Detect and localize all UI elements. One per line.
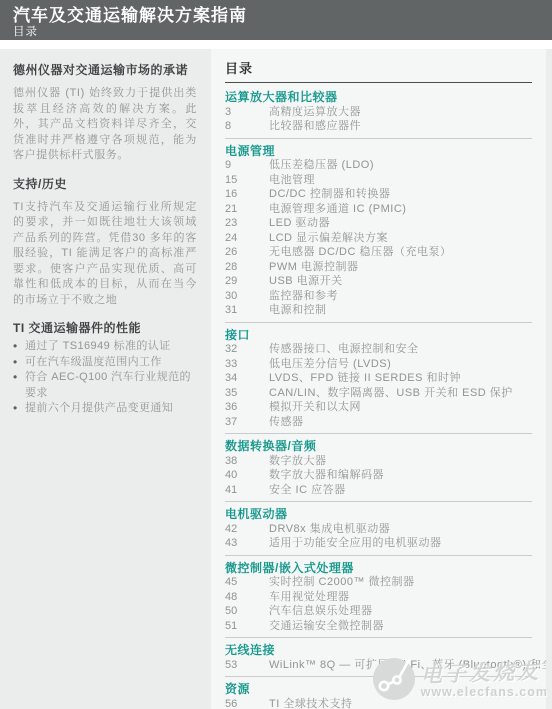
toc-row[interactable]: 56TI 全球技术支持 bbox=[225, 697, 532, 709]
commitment-heading: 德州仪器对交通运输市场的承诺 bbox=[13, 63, 197, 78]
toc-row[interactable]: 30监控器和参考 bbox=[225, 289, 532, 304]
toc-page-number: 3 bbox=[225, 105, 269, 120]
toc-row[interactable]: 50汽车信息娱乐处理器 bbox=[225, 604, 532, 619]
toc-section-title: 运算放大器和比较器 bbox=[225, 90, 532, 105]
toc-item-label: LVDS、FPD 链接 II SERDES 和时钟 bbox=[269, 371, 461, 386]
toc-page-number: 38 bbox=[225, 454, 269, 469]
feature-bullet-label: 提前六个月提供产品变更通知 bbox=[25, 401, 173, 417]
toc-page-number: 56 bbox=[225, 697, 269, 709]
toc-heading: 目录 bbox=[225, 58, 532, 83]
toc-item-label: 适用于功能安全应用的电机驱动器 bbox=[269, 536, 442, 551]
toc-item-label: 比较器和感应器件 bbox=[269, 119, 361, 134]
toc-item-label: 传感器 bbox=[269, 415, 304, 430]
toc-sections: 运算放大器和比较器3高精度运算放大器8比较器和感应器件电源管理9低压差稳压器 (… bbox=[225, 86, 532, 709]
toc-page-number: 9 bbox=[225, 158, 269, 173]
toc-item-label: 传感器接口、电源控制和安全 bbox=[269, 342, 419, 357]
toc-row[interactable]: 41安全 IC 应答器 bbox=[225, 483, 532, 498]
toc-item-label: 高精度运算放大器 bbox=[269, 105, 361, 120]
support-text: TI支持汽车及交通运输行业所规定的要求，并一如既往地壮大该领域产品系列的阵营。凭… bbox=[13, 200, 197, 309]
toc-page-number: 53 bbox=[225, 658, 269, 673]
toc-page-number: 42 bbox=[225, 522, 269, 537]
feature-bullet-label: 可在汽车级温度范围内工作 bbox=[25, 355, 162, 371]
toc-section: 接口32传感器接口、电源控制和安全33低电压差分信号 (LVDS)34LVDS、… bbox=[225, 322, 532, 430]
toc-section: 运算放大器和比较器3高精度运算放大器8比较器和感应器件 bbox=[225, 86, 532, 134]
page-title: 汽车及交通运输解决方案指南 bbox=[13, 6, 552, 26]
toc-section-title: 微控制器/嵌入式处理器 bbox=[225, 561, 532, 576]
toc-page-number: 24 bbox=[225, 231, 269, 246]
toc-section: 资源56TI 全球技术支持 bbox=[225, 676, 532, 709]
toc-row[interactable]: 3高精度运算放大器 bbox=[225, 105, 532, 120]
features-list: •通过了 TS16949 标准的认证•可在汽车级温度范围内工作•符合 AEC-Q… bbox=[13, 339, 197, 417]
toc-page-number: 8 bbox=[225, 119, 269, 134]
toc-item-label: CAN/LIN、数字隔离器、USB 开关和 ESD 保护 bbox=[269, 386, 513, 401]
toc-row[interactable]: 29USB 电源开关 bbox=[225, 274, 532, 289]
toc-panel: 目录 运算放大器和比较器3高精度运算放大器8比较器和感应器件电源管理9低压差稳压… bbox=[211, 49, 546, 709]
toc-row[interactable]: 33低电压差分信号 (LVDS) bbox=[225, 357, 532, 372]
toc-item-label: 低电压差分信号 (LVDS) bbox=[269, 357, 391, 372]
toc-row[interactable]: 36模拟开关和以太网 bbox=[225, 400, 532, 415]
feature-bullet-item: •提前六个月提供产品变更通知 bbox=[13, 401, 197, 417]
toc-item-label: 电源和控制 bbox=[269, 303, 327, 318]
toc-row[interactable]: 38数字放大器 bbox=[225, 454, 532, 469]
toc-page-number: 33 bbox=[225, 357, 269, 372]
toc-item-label: PWM 电源控制器 bbox=[269, 260, 358, 275]
page-body: 德州仪器对交通运输市场的承诺 德州仪器 (TI) 始终致力于提供出类拔萃且经济高… bbox=[0, 49, 552, 709]
toc-item-label: 监控器和参考 bbox=[269, 289, 338, 304]
toc-section: 微控制器/嵌入式处理器45实时控制 C2000™ 微控制器48车用视觉处理器50… bbox=[225, 555, 532, 634]
features-heading: TI 交通运输器件的性能 bbox=[13, 321, 197, 336]
toc-section: 电源管理9低压差稳压器 (LDO)15电池管理16DC/DC 控制器和转换器21… bbox=[225, 138, 532, 318]
toc-item-label: DC/DC 控制器和转换器 bbox=[269, 187, 390, 202]
toc-row[interactable]: 42DRV8x 集成电机驱动器 bbox=[225, 522, 532, 537]
toc-page-number: 34 bbox=[225, 371, 269, 386]
toc-page-number: 45 bbox=[225, 575, 269, 590]
toc-row[interactable]: 43适用于功能安全应用的电机驱动器 bbox=[225, 536, 532, 551]
toc-page-number: 40 bbox=[225, 468, 269, 483]
commitment-text: 德州仪器 (TI) 始终致力于提供出类拔萃且经济高效的解决方案。此外，其产品文档… bbox=[13, 86, 197, 164]
toc-page-number: 48 bbox=[225, 590, 269, 605]
toc-item-label: 电源管理多通道 IC (PMIC) bbox=[269, 202, 406, 217]
toc-item-label: USB 电源开关 bbox=[269, 274, 343, 289]
toc-row[interactable]: 31电源和控制 bbox=[225, 303, 532, 318]
toc-item-label: WiLink™ 8Q — 可扩展 Wi-Fi、蓝牙 (Bluetooth®) 和… bbox=[269, 658, 546, 673]
toc-section: 数据转换器/音频38数字放大器40数字放大器和编解码器41安全 IC 应答器 bbox=[225, 433, 532, 497]
feature-bullet-item: •符合 AEC-Q100 汽车行业规范的要求 bbox=[13, 370, 197, 401]
toc-section-title: 资源 bbox=[225, 682, 532, 697]
bullet-icon: • bbox=[13, 355, 25, 371]
toc-page-number: 15 bbox=[225, 173, 269, 188]
toc-section-title: 数据转换器/音频 bbox=[225, 439, 532, 454]
toc-section-title: 无线连接 bbox=[225, 643, 532, 658]
bullet-icon: • bbox=[13, 339, 25, 355]
toc-page-number: 41 bbox=[225, 483, 269, 498]
toc-page-number: 36 bbox=[225, 400, 269, 415]
toc-row[interactable]: 40数字放大器和编解码器 bbox=[225, 468, 532, 483]
toc-item-label: LED 驱动器 bbox=[269, 216, 330, 231]
toc-page-number: 23 bbox=[225, 216, 269, 231]
toc-row[interactable]: 53WiLink™ 8Q — 可扩展 Wi-Fi、蓝牙 (Bluetooth®)… bbox=[225, 658, 532, 673]
toc-item-label: 电池管理 bbox=[269, 173, 315, 188]
page-header: 汽车及交通运输解决方案指南 目录 bbox=[0, 0, 552, 40]
sidebar: 德州仪器对交通运输市场的承诺 德州仪器 (TI) 始终致力于提供出类拔萃且经济高… bbox=[0, 59, 203, 709]
toc-item-label: 低压差稳压器 (LDO) bbox=[269, 158, 374, 173]
toc-section: 电机驱动器42DRV8x 集成电机驱动器43适用于功能安全应用的电机驱动器 bbox=[225, 501, 532, 551]
toc-row[interactable]: 8比较器和感应器件 bbox=[225, 119, 532, 134]
support-heading: 支持/历史 bbox=[13, 177, 197, 192]
toc-section-title: 接口 bbox=[225, 328, 532, 343]
toc-row[interactable]: 26无电感器 DC/DC 稳压器（充电泵） bbox=[225, 245, 532, 260]
toc-page-number: 30 bbox=[225, 289, 269, 304]
toc-page-number: 43 bbox=[225, 536, 269, 551]
toc-page-number: 31 bbox=[225, 303, 269, 318]
toc-item-label: 安全 IC 应答器 bbox=[269, 483, 346, 498]
toc-row[interactable]: 24LCD 显示偏差解决方案 bbox=[225, 231, 532, 246]
toc-page-number: 29 bbox=[225, 274, 269, 289]
toc-row[interactable]: 35CAN/LIN、数字隔离器、USB 开关和 ESD 保护 bbox=[225, 386, 532, 401]
feature-bullet-label: 通过了 TS16949 标准的认证 bbox=[25, 339, 171, 355]
toc-page-number: 21 bbox=[225, 202, 269, 217]
toc-item-label: 交通运输安全微控制器 bbox=[269, 619, 384, 634]
toc-item-label: 数字放大器 bbox=[269, 454, 327, 469]
toc-row[interactable]: 32传感器接口、电源控制和安全 bbox=[225, 342, 532, 357]
feature-bullet-label: 符合 AEC-Q100 汽车行业规范的要求 bbox=[25, 370, 197, 401]
toc-row[interactable]: 48车用视觉处理器 bbox=[225, 590, 532, 605]
toc-item-label: 数字放大器和编解码器 bbox=[269, 468, 384, 483]
toc-page-number: 37 bbox=[225, 415, 269, 430]
toc-item-label: LCD 显示偏差解决方案 bbox=[269, 231, 388, 246]
toc-item-label: 无电感器 DC/DC 稳压器（充电泵） bbox=[269, 245, 451, 260]
toc-row[interactable]: 34LVDS、FPD 链接 II SERDES 和时钟 bbox=[225, 371, 532, 386]
toc-page-number: 32 bbox=[225, 342, 269, 357]
toc-page-number: 16 bbox=[225, 187, 269, 202]
toc-row[interactable]: 45实时控制 C2000™ 微控制器 bbox=[225, 575, 532, 590]
feature-bullet-item: •可在汽车级温度范围内工作 bbox=[13, 355, 197, 371]
toc-section-title: 电源管理 bbox=[225, 144, 532, 159]
toc-row[interactable]: 51交通运输安全微控制器 bbox=[225, 619, 532, 634]
feature-bullet-item: •通过了 TS16949 标准的认证 bbox=[13, 339, 197, 355]
toc-item-label: DRV8x 集成电机驱动器 bbox=[269, 522, 390, 537]
toc-page-number: 51 bbox=[225, 619, 269, 634]
toc-page-number: 28 bbox=[225, 260, 269, 275]
toc-page-number: 26 bbox=[225, 245, 269, 260]
toc-item-label: 车用视觉处理器 bbox=[269, 590, 350, 605]
toc-item-label: 模拟开关和以太网 bbox=[269, 400, 361, 415]
toc-row[interactable]: 37传感器 bbox=[225, 415, 532, 430]
toc-item-label: 汽车信息娱乐处理器 bbox=[269, 604, 373, 619]
toc-row[interactable]: 21电源管理多通道 IC (PMIC) bbox=[225, 202, 532, 217]
toc-section: 无线连接53WiLink™ 8Q — 可扩展 Wi-Fi、蓝牙 (Bluetoo… bbox=[225, 637, 532, 672]
toc-row[interactable]: 15电池管理 bbox=[225, 173, 532, 188]
toc-row[interactable]: 28PWM 电源控制器 bbox=[225, 260, 532, 275]
toc-row[interactable]: 16DC/DC 控制器和转换器 bbox=[225, 187, 532, 202]
toc-row[interactable]: 9低压差稳压器 (LDO) bbox=[225, 158, 532, 173]
page-subtitle: 目录 bbox=[13, 26, 552, 39]
toc-page-number: 35 bbox=[225, 386, 269, 401]
toc-row[interactable]: 23LED 驱动器 bbox=[225, 216, 532, 231]
toc-item-label: 实时控制 C2000™ 微控制器 bbox=[269, 575, 415, 590]
toc-section-title: 电机驱动器 bbox=[225, 507, 532, 522]
toc-page-number: 50 bbox=[225, 604, 269, 619]
toc-item-label: TI 全球技术支持 bbox=[269, 697, 352, 709]
bullet-icon: • bbox=[13, 370, 25, 401]
bullet-icon: • bbox=[13, 401, 25, 417]
